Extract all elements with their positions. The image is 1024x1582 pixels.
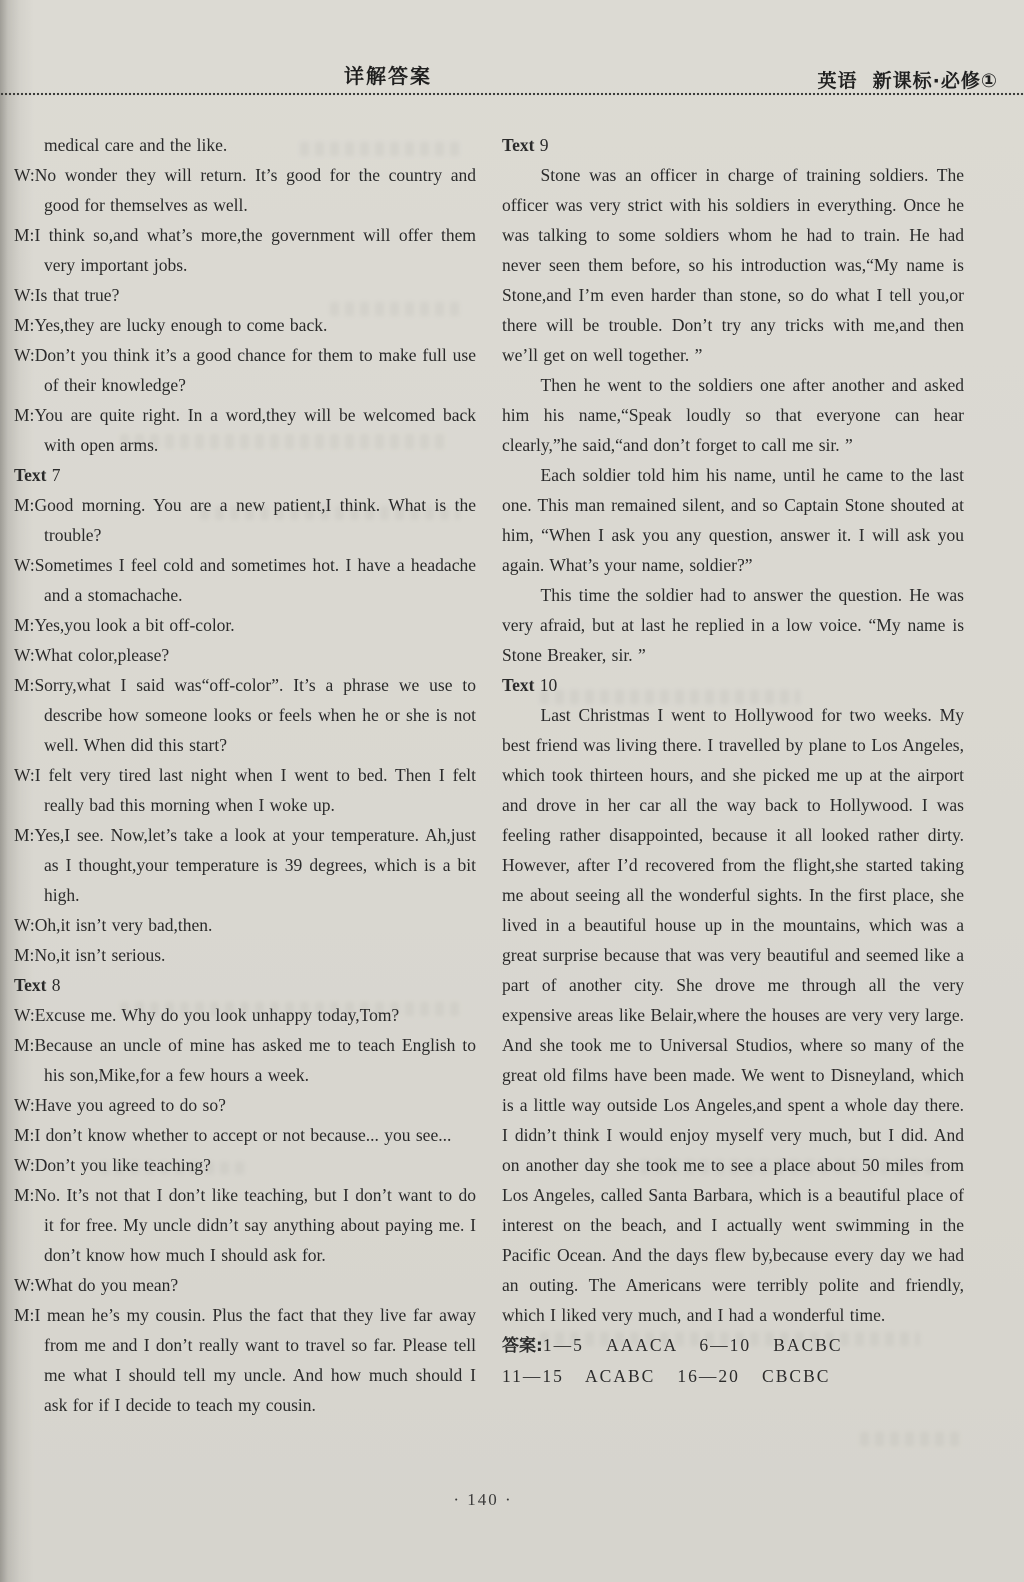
dialogue-line: M:Yes,you look a bit off-color. xyxy=(14,610,476,640)
passage-paragraph: Then he went to the soldiers one after a… xyxy=(502,370,964,460)
speaker-label: W: xyxy=(14,645,35,665)
passage-paragraph: Last Christmas I went to Hollywood for t… xyxy=(502,700,964,1330)
left-column: medical care and the like.W:No wonder th… xyxy=(14,130,476,1420)
dialogue-line: M:Because an uncle of mine has asked me … xyxy=(14,1030,476,1090)
answer-book-page: 详解答案 英语 新课标·必修① medical care and the lik… xyxy=(0,0,1024,1582)
passage-paragraph: Stone was an officer in charge of traini… xyxy=(502,160,964,370)
dialogue-line: W:Excuse me. Why do you look unhappy tod… xyxy=(14,1000,476,1030)
dialogue-line: W:What do you mean? xyxy=(14,1270,476,1300)
dialogue-line: M:Sorry,what I said was“off-color”. It’s… xyxy=(14,670,476,760)
speaker-label: W: xyxy=(14,915,35,935)
speaker-label: M: xyxy=(14,1035,34,1055)
speaker-label: W: xyxy=(14,1095,35,1115)
dialogue-line: M:I think so,and what’s more,the governm… xyxy=(14,220,476,280)
answer-key-values: 11—15 ACABC 16—20 CBCBC xyxy=(502,1366,830,1386)
header-left-title: 详解答案 xyxy=(344,60,432,89)
speaker-label: M: xyxy=(14,495,34,515)
dialogue-line: M:I mean he’s my cousin. Plus the fact t… xyxy=(14,1300,476,1420)
speaker-label: M: xyxy=(14,825,34,845)
dialogue-line: M:I don’t know whether to accept or not … xyxy=(14,1120,476,1150)
speaker-label: M: xyxy=(14,405,34,425)
answer-key-line: 答案:1—5 AAACA 6—10 BACBC xyxy=(502,1330,964,1361)
answer-key-label: 答案: xyxy=(502,1336,543,1356)
footer-page-number: · 140 · xyxy=(0,1490,966,1510)
dialogue-line: W:What color,please? xyxy=(14,640,476,670)
speaker-label: M: xyxy=(14,675,34,695)
passage-paragraph: This time the soldier had to answer the … xyxy=(502,580,964,670)
dialogue-line: W:Have you agreed to do so? xyxy=(14,1090,476,1120)
dialogue-line: W:Is that true? xyxy=(14,280,476,310)
speaker-label: W: xyxy=(14,165,35,185)
page-header: 详解答案 英语 新课标·必修① xyxy=(0,0,1024,100)
dialogue-line: M:You are quite right. In a word,they wi… xyxy=(14,400,476,460)
passage-paragraph: Each soldier told him his name, until he… xyxy=(502,460,964,580)
dialogue-line: W:Oh,it isn’t very bad,then. xyxy=(14,910,476,940)
text-heading: Text 9 xyxy=(502,130,964,160)
speaker-label: W: xyxy=(14,345,35,365)
dialogue-line: W:No wonder they will return. It’s good … xyxy=(14,160,476,220)
speaker-label: W: xyxy=(14,1005,35,1025)
speaker-label: M: xyxy=(14,1305,34,1325)
speaker-label: M: xyxy=(14,315,34,335)
dialogue-line: M:Yes,they are lucky enough to come back… xyxy=(14,310,476,340)
speaker-label: W: xyxy=(14,1155,35,1175)
speaker-label: M: xyxy=(14,945,34,965)
speaker-label: W: xyxy=(14,555,35,575)
dialogue-line: W:I felt very tired last night when I we… xyxy=(14,760,476,820)
dialogue-continuation: medical care and the like. xyxy=(14,130,476,160)
right-column: Text 9Stone was an officer in charge of … xyxy=(502,130,964,1420)
dialogue-line: M:No. It’s not that I don’t like teachin… xyxy=(14,1180,476,1270)
dialogue-line: W:Don’t you think it’s a good chance for… xyxy=(14,340,476,400)
answer-key-values: 1—5 AAACA 6—10 BACBC xyxy=(543,1335,843,1355)
print-bleed-artifact xyxy=(860,1432,960,1446)
header-dotted-rule xyxy=(0,92,1024,96)
dialogue-line: M:Good morning. You are a new patient,I … xyxy=(14,490,476,550)
dialogue-line: M:Yes,I see. Now,let’s take a look at yo… xyxy=(14,820,476,910)
dialogue-line: M:No,it isn’t serious. xyxy=(14,940,476,970)
dialogue-line: W:Don’t you like teaching? xyxy=(14,1150,476,1180)
text-heading: Text 10 xyxy=(502,670,964,700)
text-heading: Text 7 xyxy=(14,460,476,490)
speaker-label: M: xyxy=(14,615,34,635)
speaker-label: M: xyxy=(14,225,34,245)
answer-key-line: 11—15 ACABC 16—20 CBCBC xyxy=(502,1361,964,1391)
text-heading: Text 8 xyxy=(14,970,476,1000)
speaker-label: W: xyxy=(14,1275,35,1295)
header-right-title: 英语 新课标·必修① xyxy=(817,66,998,93)
speaker-label: M: xyxy=(14,1185,34,1205)
speaker-label: M: xyxy=(14,1125,34,1145)
content-columns: medical care and the like.W:No wonder th… xyxy=(14,130,964,1420)
speaker-label: W: xyxy=(14,765,35,785)
speaker-label: W: xyxy=(14,285,35,305)
dialogue-line: W:Sometimes I feel cold and sometimes ho… xyxy=(14,550,476,610)
